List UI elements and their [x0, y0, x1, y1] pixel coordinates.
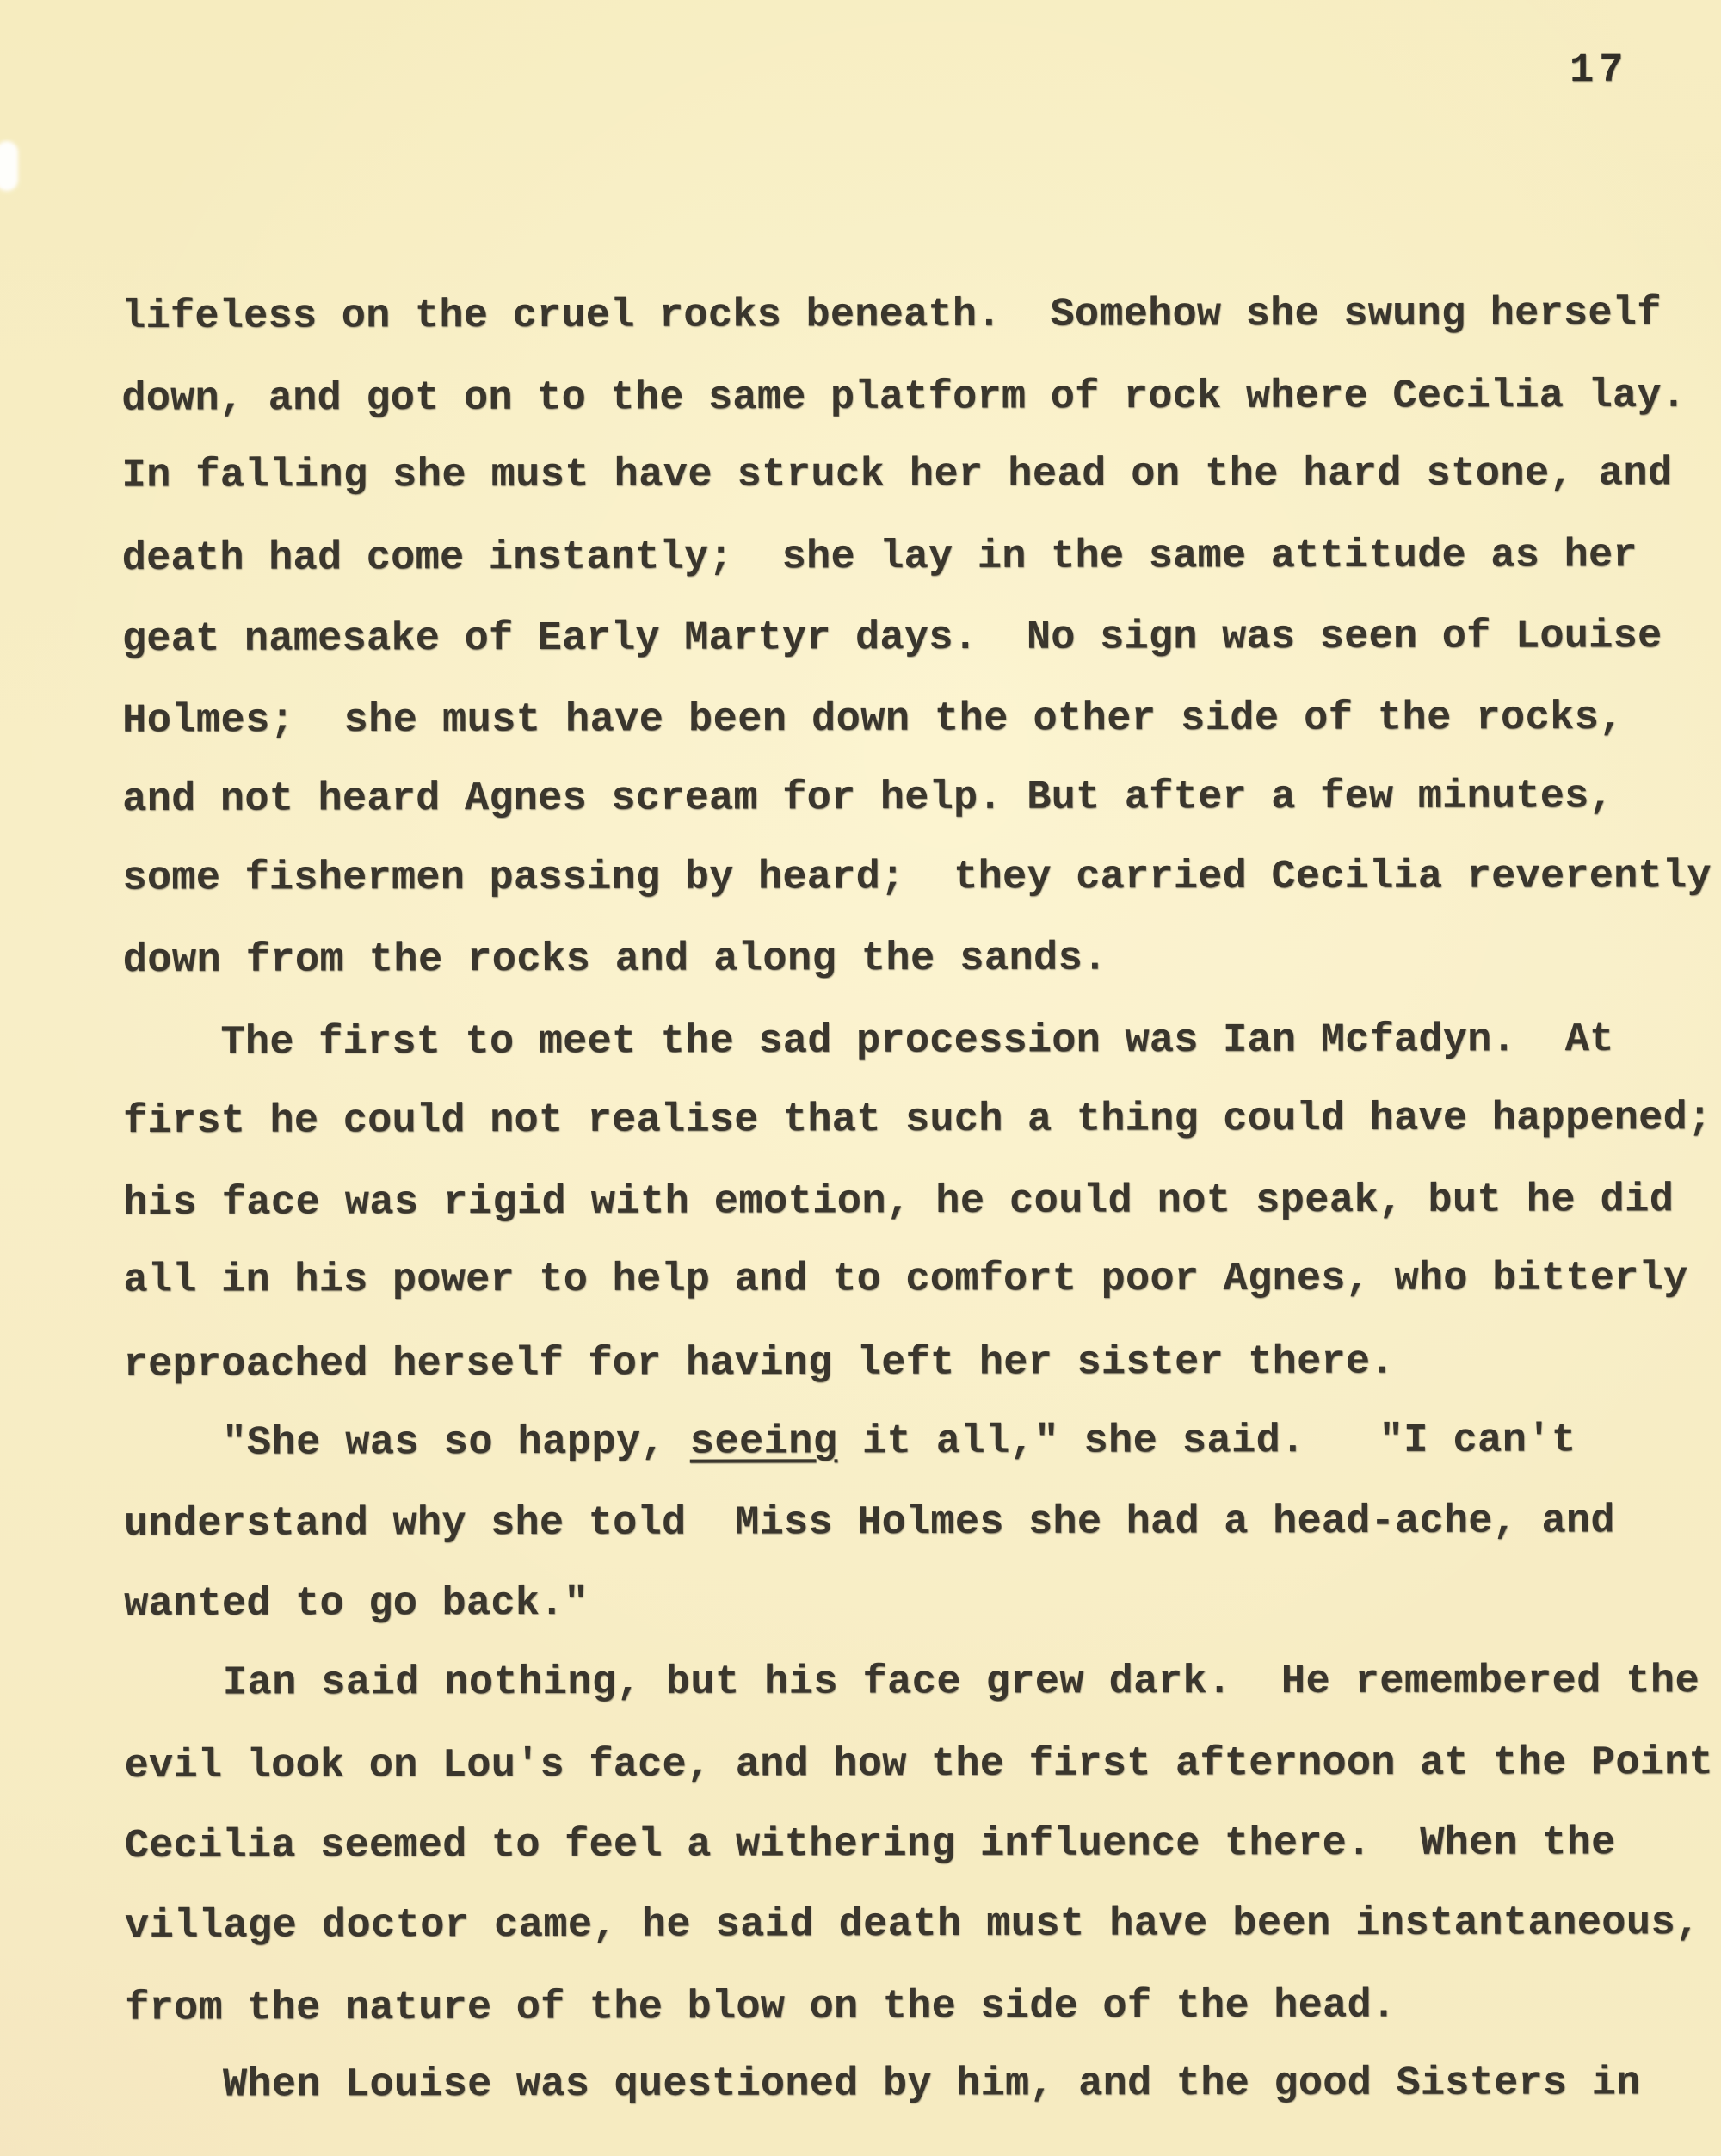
underlined-word: seeing: [690, 1419, 838, 1465]
text-line: understand why she told Miss Holmes she …: [124, 1481, 1721, 1565]
text-line: "She was so happy, seeing it all," she s…: [124, 1400, 1721, 1484]
text-line: his face was rigid with emotion, he coul…: [123, 1160, 1721, 1244]
text-line: wanted to go back.": [124, 1561, 1721, 1645]
text-line: down from the rocks and along the sands.: [123, 917, 1721, 1001]
text-line: geat namesake of Early Martyr days. No s…: [122, 596, 1721, 680]
text-line: and not heard Agnes scream for help. But…: [122, 757, 1721, 840]
page-number: 17: [1570, 48, 1628, 94]
text-line: lifeless on the cruel rocks beneath. Som…: [121, 274, 1721, 357]
text-line: some fishermen passing by heard; they ca…: [122, 837, 1721, 919]
text-line: In falling she must have struck her head…: [121, 434, 1721, 516]
text-line: Cecilia seemed to feel a withering influ…: [125, 1803, 1721, 1887]
text-line: Ian said nothing, but his face grew dark…: [124, 1641, 1721, 1724]
text-body: lifeless on the cruel rocks beneath. Som…: [121, 274, 1721, 2128]
text-line: Holmes; she must have been down the othe…: [122, 677, 1721, 761]
text-line: all in his power to help and to comfort …: [123, 1239, 1721, 1321]
manuscript-page: 17 lifeless on the cruel rocks beneath. …: [0, 0, 1721, 2156]
text-line: death had come instantly; she lay in the…: [122, 516, 1721, 599]
text-line: reproached herself for having left her s…: [124, 1321, 1721, 1405]
text-segment: it all," she said. "I can't: [837, 1418, 1576, 1465]
text-line: village doctor came, he said death must …: [125, 1883, 1721, 1967]
text-line: from the nature of the blow on the side …: [125, 1965, 1721, 2048]
text-line: When Louise was questioned by him, and t…: [125, 2043, 1721, 2126]
text-segment: "She was so happy,: [124, 1420, 690, 1467]
text-line: evil look on Lou's face, and how the fir…: [125, 1723, 1721, 1807]
paper-smudge-mark: [0, 141, 18, 191]
text-line: first he could not realise that such a t…: [123, 1078, 1721, 1162]
text-line: down, and got on to the same platform of…: [121, 355, 1721, 439]
text-line: The first to meet the sad procession was…: [123, 999, 1721, 1083]
